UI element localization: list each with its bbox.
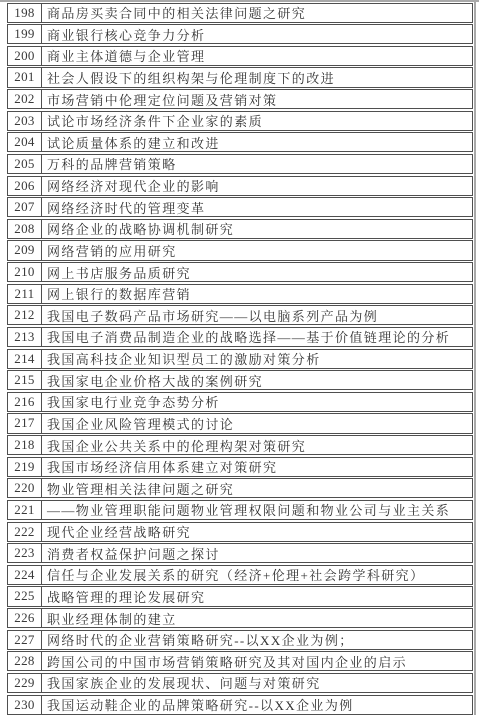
row-number-cell: 207 bbox=[8, 198, 42, 216]
row-number-cell: 226 bbox=[8, 609, 42, 627]
row-title-cell: 网上银行的数据库营销 bbox=[42, 285, 472, 303]
table-row: 218 我国企业公共关系中的伦理构架对策研究 bbox=[7, 435, 473, 455]
row-title-cell: 我国家族企业的发展现状、问题与对策研究 bbox=[42, 674, 472, 692]
row-title-cell: 我国电子消费品制造企业的战略选择——基于价值链理论的分析 bbox=[42, 328, 472, 346]
row-title-cell: 消费者权益保护问题之探讨 bbox=[42, 544, 472, 562]
table-row: 226 职业经理体制的建立 bbox=[7, 608, 473, 628]
row-number-cell: 213 bbox=[8, 328, 42, 346]
row-title-cell: 我国企业公共关系中的伦理构架对策研究 bbox=[42, 436, 472, 454]
page-right-edge-line bbox=[474, 0, 476, 715]
row-number-cell: 224 bbox=[8, 566, 42, 584]
row-title-cell: 我国高科技企业知识型员工的激励对策分析 bbox=[42, 350, 472, 368]
table-row: 207 网络经济时代的管理变革 bbox=[7, 197, 473, 217]
table-row: 203 试论市场经济条件下企业家的素质 bbox=[7, 111, 473, 131]
row-title-cell: 现代企业经营战略研究 bbox=[42, 523, 472, 541]
table-row: 215 我国家电企业价格大战的案例研究 bbox=[7, 370, 473, 390]
table-row: 213 我国电子消费品制造企业的战略选择——基于价值链理论的分析 bbox=[7, 327, 473, 347]
document-page: 198 商品房买卖合同中的相关法律问题之研究 199 商业银行核心竞争力分析 2… bbox=[0, 0, 479, 715]
row-title-cell: 网络营销的应用研究 bbox=[42, 241, 472, 259]
row-title-cell: 试论市场经济条件下企业家的素质 bbox=[42, 112, 472, 130]
table-row: 216 我国家电行业竞争态势分析 bbox=[7, 392, 473, 412]
row-number-cell: 230 bbox=[8, 696, 42, 714]
table-row: 219 我国市场经济信用体系建立对策研究 bbox=[7, 457, 473, 477]
table-row: 200 商业主体道德与企业管理 bbox=[7, 46, 473, 66]
row-number-cell: 227 bbox=[8, 631, 42, 649]
row-number-cell: 217 bbox=[8, 414, 42, 432]
row-title-cell: 网络企业的战略协调机制研究 bbox=[42, 220, 472, 238]
row-number-cell: 214 bbox=[8, 350, 42, 368]
table-row: 229 我国家族企业的发展现状、问题与对策研究 bbox=[7, 673, 473, 693]
table-row: 222 现代企业经营战略研究 bbox=[7, 522, 473, 542]
table-row: 220 物业管理相关法律问题之研究 bbox=[7, 478, 473, 498]
row-title-cell: 我国电子数码产品市场研究——以电脑系列产品为例 bbox=[42, 306, 472, 324]
row-title-cell: 我国企业风险管理模式的讨论 bbox=[42, 414, 472, 432]
table-row: 230 我国运动鞋企业的品牌策略研究--以XX企业为例 bbox=[7, 695, 473, 715]
table-row: 221 ——物业管理职能问题物业管理权限问题和物业公司与业主关系 bbox=[7, 500, 473, 520]
row-title-cell: 我国家电企业价格大战的案例研究 bbox=[42, 371, 472, 389]
row-number-cell: 223 bbox=[8, 544, 42, 562]
table-row: 225 战略管理的理论发展研究 bbox=[7, 586, 473, 606]
row-number-cell: 229 bbox=[8, 674, 42, 692]
table-row: 209 网络营销的应用研究 bbox=[7, 240, 473, 260]
row-title-cell: 跨国公司的中国市场营销策略研究及其对国内企业的启示 bbox=[42, 652, 472, 670]
row-title-cell: 商业银行核心竞争力分析 bbox=[42, 25, 472, 43]
row-title-cell: 商品房买卖合同中的相关法律问题之研究 bbox=[42, 4, 472, 22]
row-number-cell: 206 bbox=[8, 177, 42, 195]
table-row: 227 网络时代的企业营销策略研究--以XX企业为例； bbox=[7, 630, 473, 650]
table-row: 208 网络企业的战略协调机制研究 bbox=[7, 219, 473, 239]
row-number-cell: 222 bbox=[8, 523, 42, 541]
table-row: 223 消费者权益保护问题之探讨 bbox=[7, 543, 473, 563]
row-title-cell: 网上书店服务品质研究 bbox=[42, 263, 472, 281]
table-row: 210 网上书店服务品质研究 bbox=[7, 262, 473, 282]
table-row: 201 社会人假设下的组织构架与伦理制度下的改进 bbox=[7, 67, 473, 87]
row-number-cell: 212 bbox=[8, 306, 42, 324]
row-title-cell: 信任与企业发展关系的研究（经济+伦理+社会跨学科研究） bbox=[42, 566, 472, 584]
row-title-cell: 网络经济时代的管理变革 bbox=[42, 198, 472, 216]
table-row: 205 万科的品牌营销策略 bbox=[7, 154, 473, 174]
row-number-cell: 198 bbox=[8, 4, 42, 22]
table-row: 204 试论质量体系的建立和改进 bbox=[7, 132, 473, 152]
row-title-cell: 试论质量体系的建立和改进 bbox=[42, 133, 472, 151]
table-row: 199 商业银行核心竞争力分析 bbox=[7, 24, 473, 44]
row-title-cell: 社会人假设下的组织构架与伦理制度下的改进 bbox=[42, 68, 472, 86]
table-row: 214 我国高科技企业知识型员工的激励对策分析 bbox=[7, 349, 473, 369]
row-number-cell: 208 bbox=[8, 220, 42, 238]
row-title-cell: 万科的品牌营销策略 bbox=[42, 155, 472, 173]
row-number-cell: 202 bbox=[8, 90, 42, 108]
row-number-cell: 228 bbox=[8, 652, 42, 670]
row-number-cell: 199 bbox=[8, 25, 42, 43]
row-number-cell: 204 bbox=[8, 133, 42, 151]
row-title-cell: 我国市场经济信用体系建立对策研究 bbox=[42, 458, 472, 476]
table-row: 228 跨国公司的中国市场营销策略研究及其对国内企业的启示 bbox=[7, 651, 473, 671]
row-title-cell: 职业经理体制的建立 bbox=[42, 609, 472, 627]
row-number-cell: 218 bbox=[8, 436, 42, 454]
table-row: 224 信任与企业发展关系的研究（经济+伦理+社会跨学科研究） bbox=[7, 565, 473, 585]
row-title-cell: 网络时代的企业营销策略研究--以XX企业为例； bbox=[42, 631, 472, 649]
row-title-cell: ——物业管理职能问题物业管理权限问题和物业公司与业主关系 bbox=[42, 501, 472, 519]
row-number-cell: 220 bbox=[8, 479, 42, 497]
row-number-cell: 219 bbox=[8, 458, 42, 476]
table-row: 211 网上银行的数据库营销 bbox=[7, 284, 473, 304]
row-number-cell: 221 bbox=[8, 501, 42, 519]
table-row: 202 市场营销中伦理定位问题及营销对策 bbox=[7, 89, 473, 109]
row-title-cell: 战略管理的理论发展研究 bbox=[42, 587, 472, 605]
row-number-cell: 205 bbox=[8, 155, 42, 173]
row-title-cell: 物业管理相关法律问题之研究 bbox=[42, 479, 472, 497]
row-number-cell: 201 bbox=[8, 68, 42, 86]
row-number-cell: 215 bbox=[8, 371, 42, 389]
table-row: 212 我国电子数码产品市场研究——以电脑系列产品为例 bbox=[7, 305, 473, 325]
row-title-cell: 我国家电行业竞争态势分析 bbox=[42, 393, 472, 411]
table-row: 198 商品房买卖合同中的相关法律问题之研究 bbox=[7, 3, 473, 23]
row-title-cell: 我国运动鞋企业的品牌策略研究--以XX企业为例 bbox=[42, 696, 472, 714]
row-number-cell: 216 bbox=[8, 393, 42, 411]
topic-table: 198 商品房买卖合同中的相关法律问题之研究 199 商业银行核心竞争力分析 2… bbox=[7, 3, 473, 715]
row-number-cell: 209 bbox=[8, 241, 42, 259]
row-number-cell: 210 bbox=[8, 263, 42, 281]
table-row: 217 我国企业风险管理模式的讨论 bbox=[7, 413, 473, 433]
row-number-cell: 225 bbox=[8, 587, 42, 605]
row-number-cell: 203 bbox=[8, 112, 42, 130]
row-number-cell: 200 bbox=[8, 47, 42, 65]
row-title-cell: 商业主体道德与企业管理 bbox=[42, 47, 472, 65]
row-title-cell: 网络经济对现代企业的影响 bbox=[42, 177, 472, 195]
row-title-cell: 市场营销中伦理定位问题及营销对策 bbox=[42, 90, 472, 108]
table-row: 206 网络经济对现代企业的影响 bbox=[7, 176, 473, 196]
row-number-cell: 211 bbox=[8, 285, 42, 303]
